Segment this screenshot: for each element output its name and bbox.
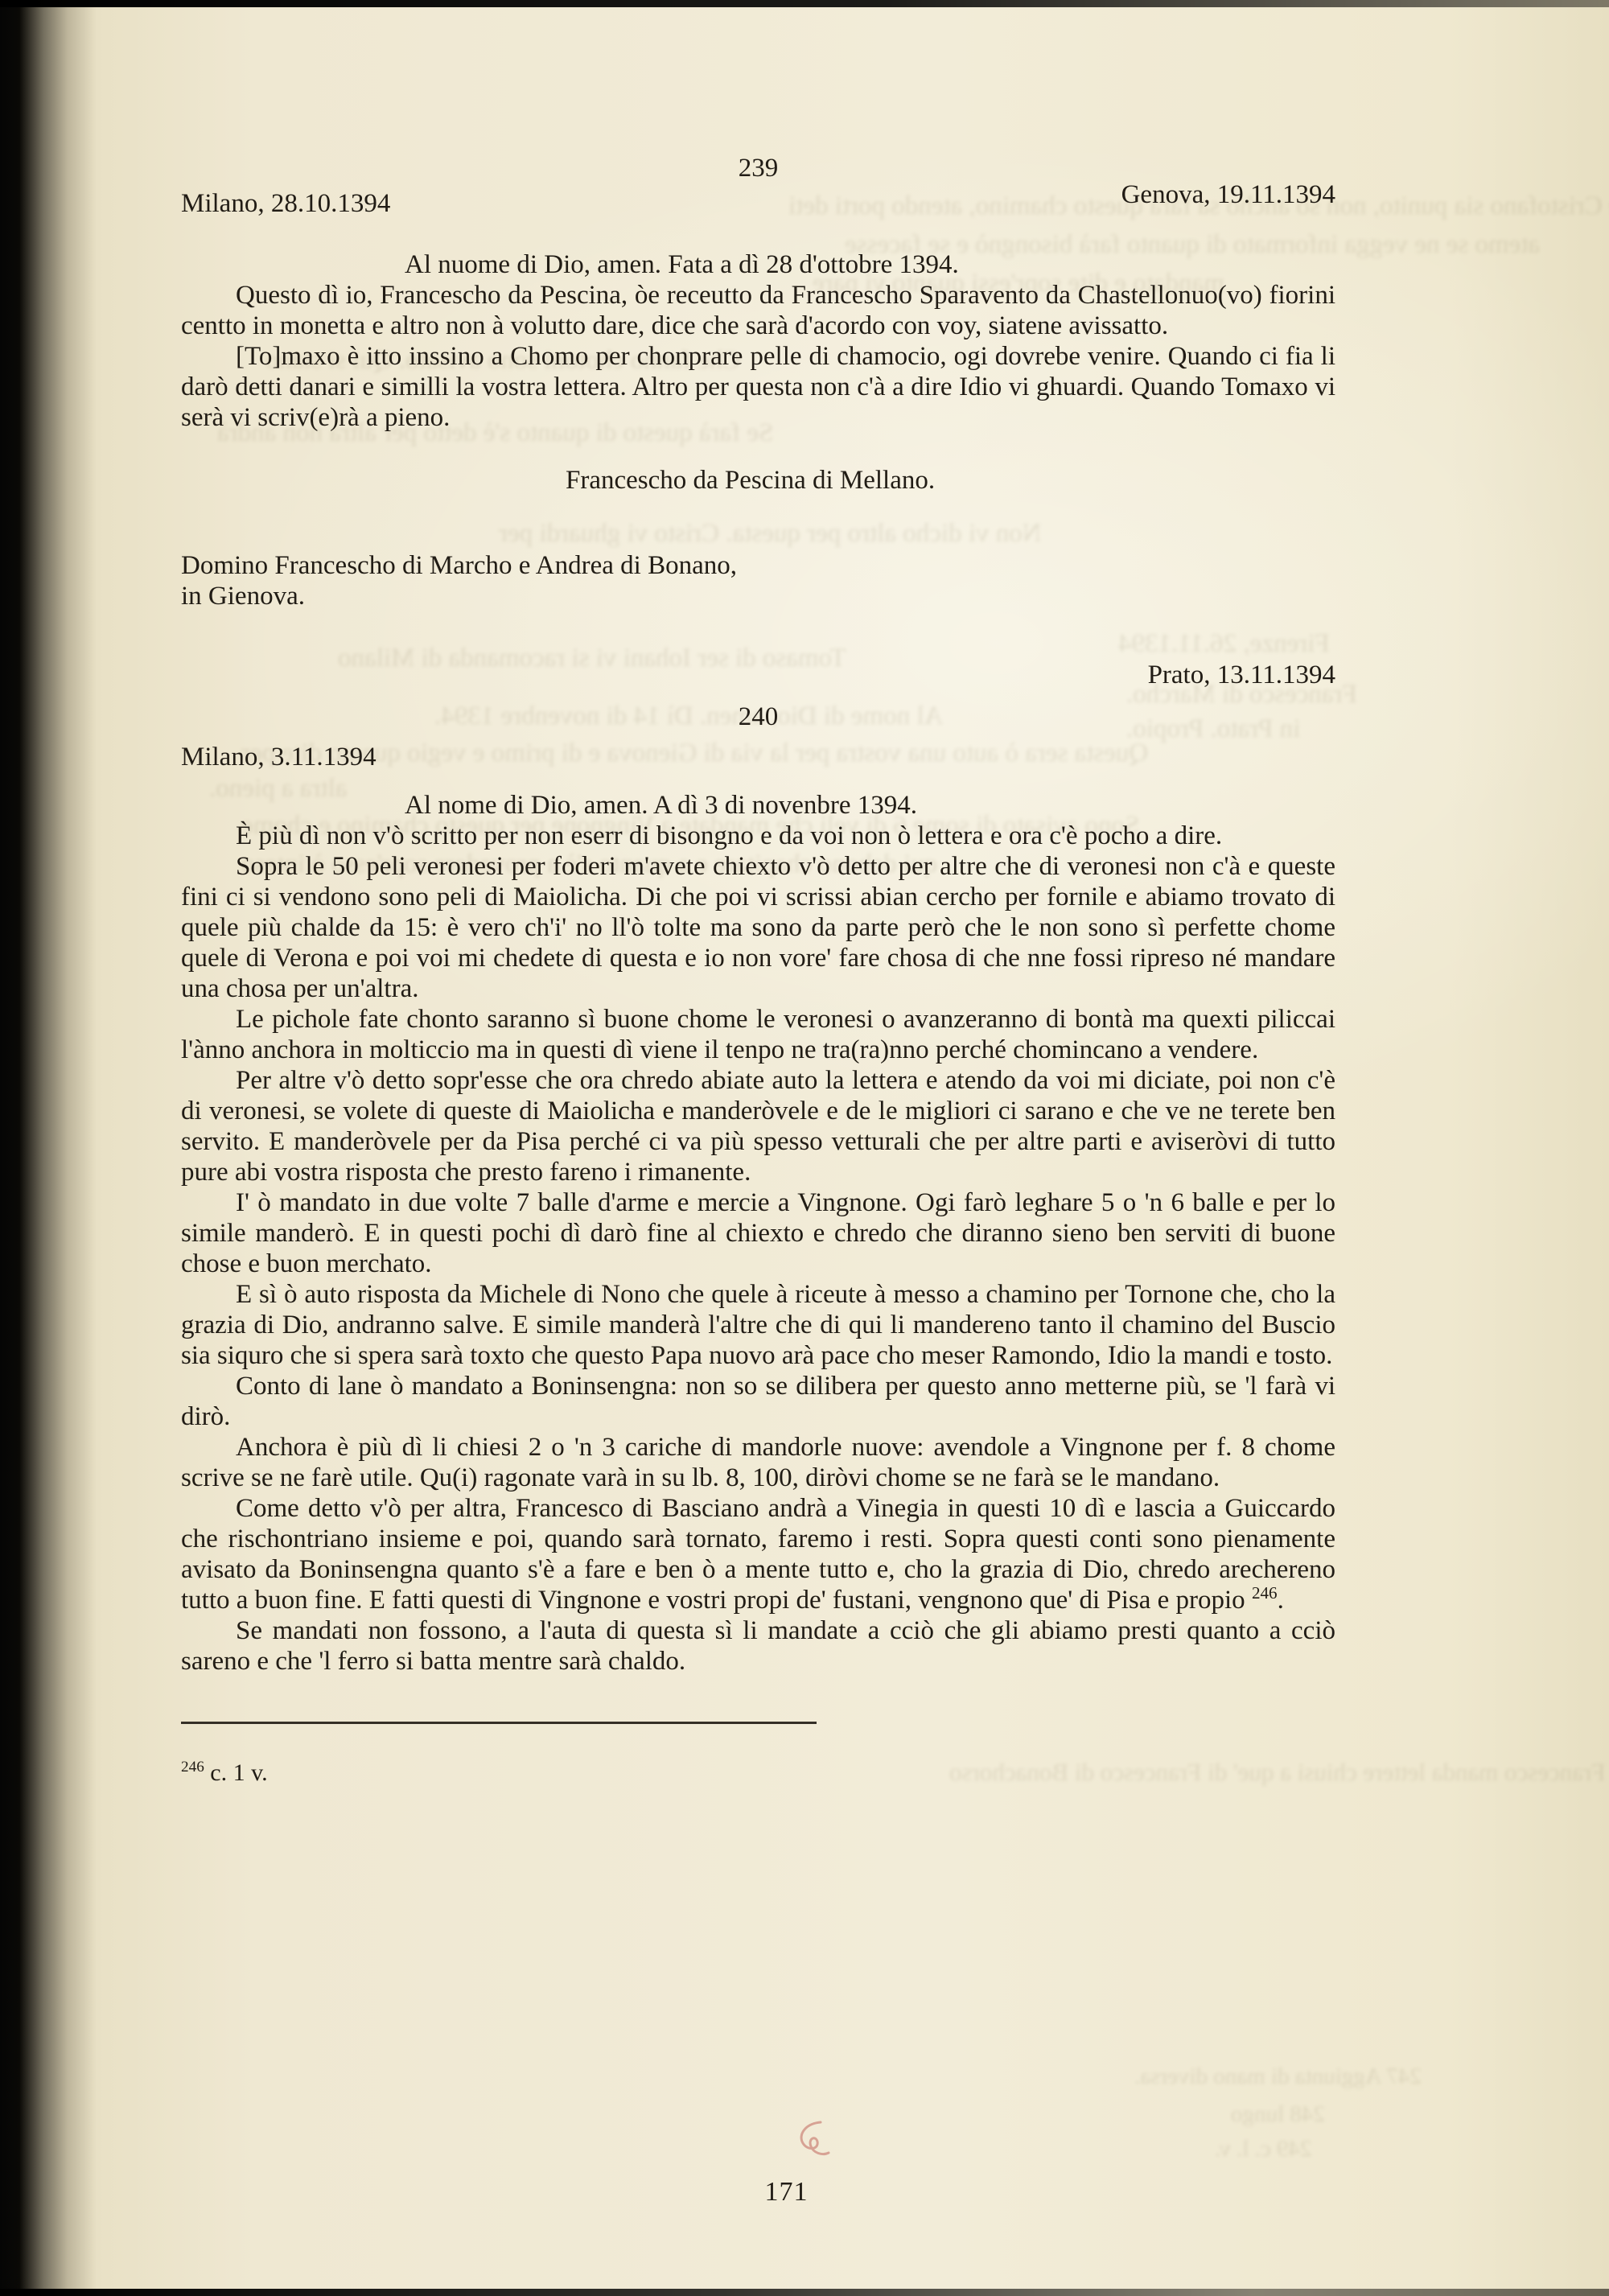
letter-paragraph: Per altre v'ò detto sopr'esse che ora ch… — [181, 1065, 1335, 1187]
pen-mark — [790, 2117, 838, 2162]
page-number: 171 — [181, 2177, 1335, 2208]
letter-paragraph: Le pichole fate chonto saranno sì buone … — [181, 1004, 1335, 1065]
letter-paragraph: Come detto v'ò per altra, Francesco di B… — [181, 1493, 1335, 1615]
top-edge-shadow — [0, 0, 1609, 7]
letter-paragraph: Se mandati non fossono, a l'auta di ques… — [181, 1615, 1335, 1677]
letter-address: Domino Francescho di Marcho e Andrea di … — [181, 550, 1335, 611]
letter-salutation: Al nome di Dio, amen. A dì 3 di novenbre… — [181, 790, 1335, 821]
letter-paragraph: I' ò mandato in due volte 7 balle d'arme… — [181, 1187, 1335, 1279]
ghost-text: 249 c. l. v. — [1215, 2136, 1312, 2162]
letter-paragraph: [To]maxo è itto inssino a Chomo per chon… — [181, 341, 1335, 433]
footnote: 246 c. 1 v. — [181, 1758, 1335, 1788]
footnote-block: 246 c. 1 v. — [181, 1722, 1335, 1788]
address-line: in Gienova. — [181, 581, 1335, 611]
letter-paragraphs: Questo dì io, Francescho da Pescina, òe … — [181, 280, 1335, 433]
footnote-marker: 246 — [181, 1759, 204, 1775]
ghost-text: 248 lungo — [1231, 2101, 1325, 2128]
letter-paragraph: Anchora è più dì li chiesi 2 o 'n 3 cari… — [181, 1432, 1335, 1493]
date-place-left: Milano, 28.10.1394 — [181, 188, 390, 219]
date-place-right: Genova, 19.11.1394 — [1121, 179, 1335, 210]
letter-paragraph: È più dì non v'ò scritto per non eserr d… — [181, 821, 1335, 851]
address-line: Domino Francescho di Marcho e Andrea di … — [181, 550, 1335, 581]
bottom-edge-shadow — [0, 2289, 1609, 2296]
gutter-shadow — [0, 0, 97, 2296]
letter-dates-row: Milano, 28.10.1394 Genova, 19.11.1394 — [181, 188, 1335, 219]
date-place-left: Milano, 3.11.1394 — [181, 742, 377, 772]
letter-240: Prato, 13.11.1394 240 Milano, 3.11.1394 … — [181, 660, 1335, 1677]
footnote-rule — [181, 1722, 817, 1724]
letter-number: 240 — [181, 702, 1335, 732]
date-place-right: Prato, 13.11.1394 — [1148, 660, 1335, 690]
letter-239: 239 Milano, 28.10.1394 Genova, 19.11.139… — [181, 153, 1335, 611]
letter-paragraphs: È più dì non v'ò scritto per non eserr d… — [181, 821, 1335, 1677]
book-page-scan: di Se Cristofano sia punito, non so anch… — [0, 0, 1609, 2296]
letter-paragraph: Questo dì io, Francescho da Pescina, òe … — [181, 280, 1335, 341]
letter-paragraph: E sì ò auto risposta da Michele di Nono … — [181, 1279, 1335, 1371]
letter-header: Prato, 13.11.1394 240 Milano, 3.11.1394 — [181, 660, 1335, 782]
letter-salutation: Al nuome di Dio, amen. Fata a dì 28 d'ot… — [181, 249, 1335, 280]
page-content: 239 Milano, 28.10.1394 Genova, 19.11.139… — [181, 153, 1335, 1788]
ghost-text: 247 Aggiunta di mano diversa. — [1134, 2064, 1422, 2090]
letter-signature: Francescho da Pescina di Mellano. — [181, 465, 1335, 496]
footnote-text: c. 1 v. — [210, 1759, 267, 1786]
letter-paragraph: Sopra le 50 peli veronesi per foderi m'a… — [181, 851, 1335, 1004]
letter-paragraph: Conto di lane ò mandato a Boninsengna: n… — [181, 1371, 1335, 1432]
